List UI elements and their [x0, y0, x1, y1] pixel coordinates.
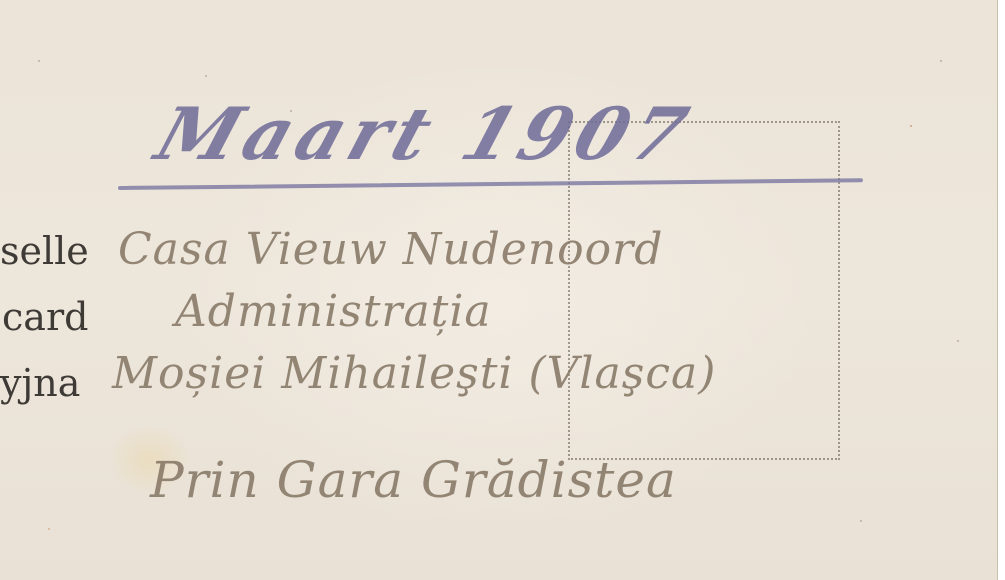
- printed-label-french: selle: [0, 232, 89, 270]
- printed-label-polish: yjna: [0, 364, 80, 402]
- address-line-1: Casa Vieuw Nudenoord: [118, 228, 663, 272]
- paper-speck: [860, 520, 862, 522]
- paper-speck: [957, 340, 959, 342]
- address-line-2: Administrația: [175, 290, 492, 334]
- printed-label-english: card: [2, 298, 88, 336]
- paper-speck: [38, 60, 40, 62]
- postcard-back: selle card yjna Maart 1907 Casa Vieuw Nu…: [0, 0, 998, 580]
- paper-speck: [205, 75, 207, 77]
- address-line-4: Prin Gara Grădistea: [150, 455, 677, 505]
- paper-speck: [910, 125, 912, 127]
- address-line-3: Moșiei Mihaileşti (Vlaşca): [112, 352, 716, 396]
- paper-speck: [48, 528, 50, 530]
- paper-speck: [940, 60, 942, 62]
- date-handwriting: Maart 1907: [148, 98, 701, 170]
